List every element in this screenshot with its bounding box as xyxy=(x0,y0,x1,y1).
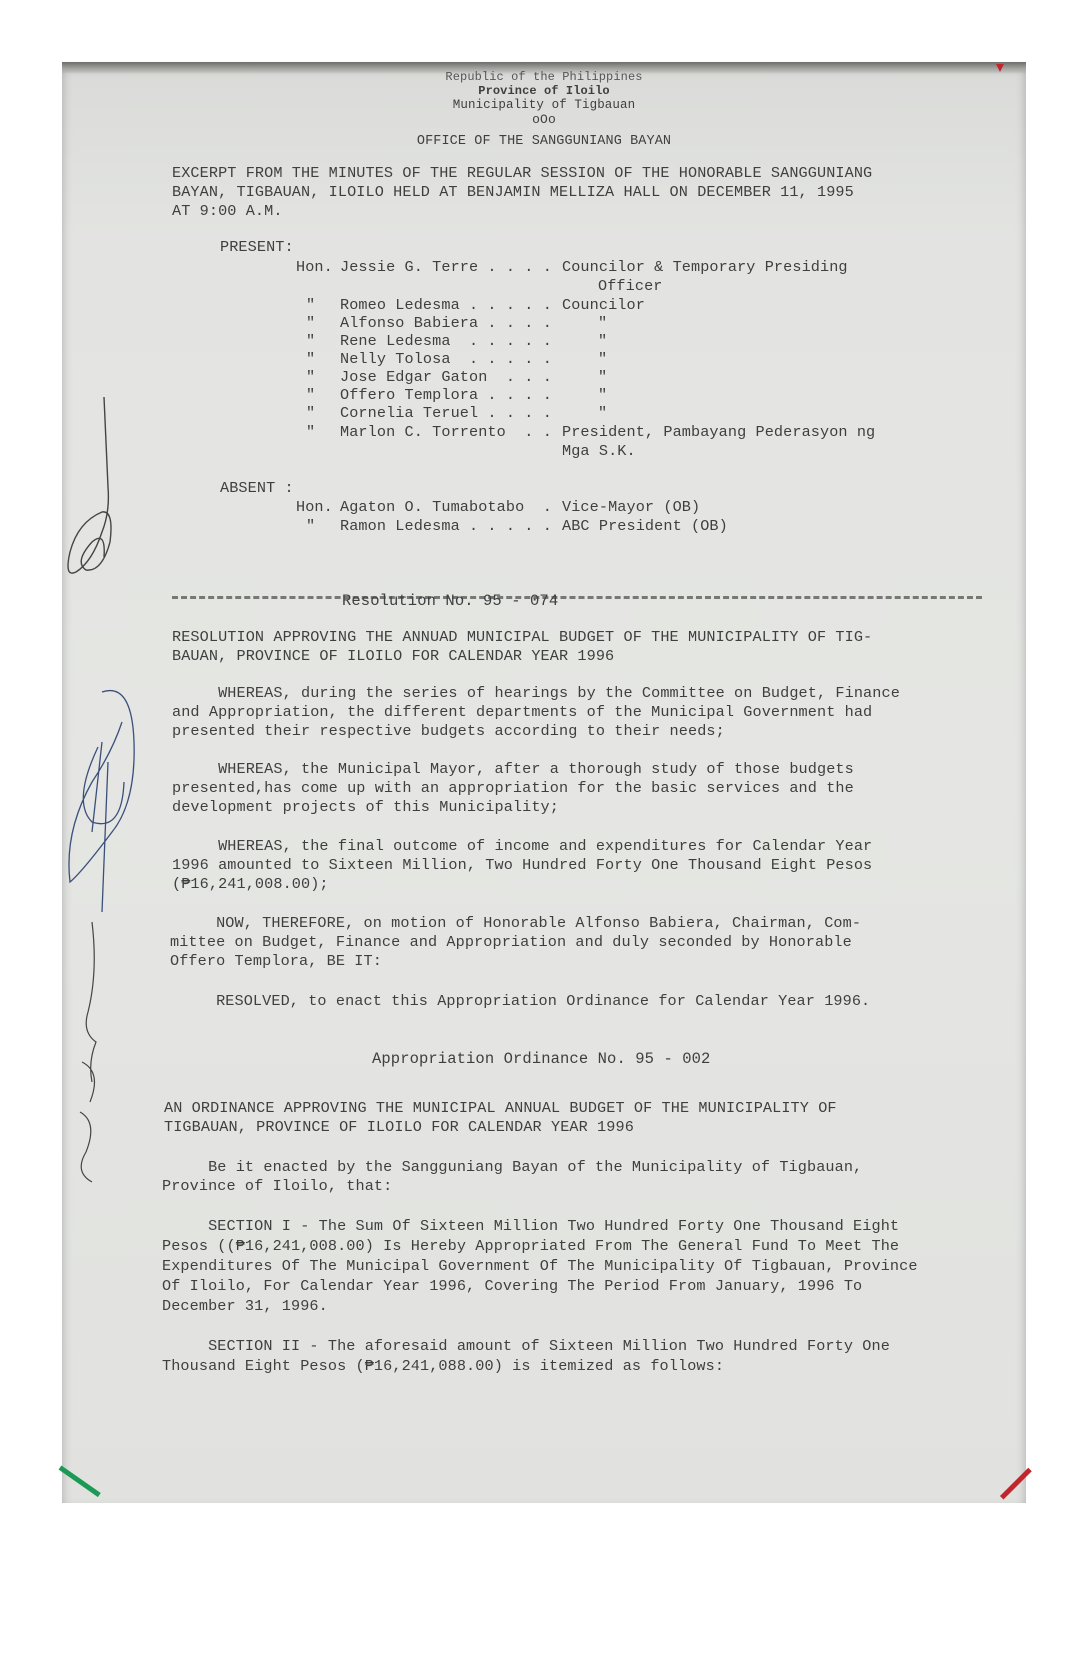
attendee-position: Councilor & Temporary Presiding xyxy=(562,258,848,278)
resolution-title-2: BAUAN, PROVINCE OF ILOILO FOR CALENDAR Y… xyxy=(172,647,614,667)
absentee-prefix: Hon. xyxy=(296,498,333,518)
whereas-1-line-2: and Appropriation, the different departm… xyxy=(172,703,872,723)
ditto-mark: " xyxy=(306,314,315,334)
section-2-line-2: Thousand Eight Pesos (₱16,241,088.00) is… xyxy=(162,1357,724,1377)
attendee-position: " xyxy=(598,332,607,352)
whereas-2-line-1: WHEREAS, the Municipal Mayor, after a th… xyxy=(172,760,854,780)
attendee-name: Marlon C. Torrento . . xyxy=(340,423,552,443)
absentee-name: Ramon Ledesma . . . . . xyxy=(340,517,552,537)
ditto-mark: " xyxy=(306,404,315,424)
absentee-position: Vice-Mayor (OB) xyxy=(562,498,700,518)
attendee-name: Jose Edgar Gaton . . . xyxy=(340,368,552,388)
attendee-name: Alfonso Babiera . . . . xyxy=(340,314,552,334)
whereas-2-line-3: development projects of this Municipalit… xyxy=(172,798,559,818)
whereas-3-line-2: 1996 amounted to Sixteen Million, Two Hu… xyxy=(172,856,872,876)
whereas-1-line-3: presented their respective budgets accor… xyxy=(172,722,725,742)
section-2-line-1: SECTION II - The aforesaid amount of Six… xyxy=(162,1337,890,1357)
whereas-1-line-1: WHEREAS, during the series of hearings b… xyxy=(172,684,900,704)
ditto-mark: " xyxy=(306,517,315,537)
attendee-position: " xyxy=(598,350,607,370)
resolution-number: Resolution No. 95 - 074 xyxy=(342,592,558,612)
whereas-3-line-3: (₱16,241,008.00); xyxy=(172,875,329,895)
excerpt-line-1: EXCERPT FROM THE MINUTES OF THE REGULAR … xyxy=(172,164,872,184)
signature-name-icon xyxy=(62,912,122,1192)
excerpt-line-2: BAYAN, TIGBAUAN, ILOILO HELD AT BENJAMIN… xyxy=(172,183,854,203)
header-office: OFFICE OF THE SANGGUNIANG BAYAN xyxy=(62,132,1026,152)
absentee-position: ABC President (OB) xyxy=(562,517,728,537)
enacted-line-2: Province of Iloilo, that: xyxy=(162,1177,392,1197)
excerpt-line-3: AT 9:00 A.M. xyxy=(172,202,283,222)
section-1-line-4: Of Iloilo, For Calendar Year 1996, Cover… xyxy=(162,1277,862,1297)
now-therefore-line-1: NOW, THEREFORE, on motion of Honorable A… xyxy=(170,914,861,934)
present-label: PRESENT: xyxy=(220,238,294,258)
ditto-mark: " xyxy=(306,368,315,388)
signature-initials-icon xyxy=(62,392,132,612)
attendee-position: " xyxy=(598,404,607,424)
ditto-mark: " xyxy=(306,332,315,352)
attendee-prefix: Hon. xyxy=(296,258,333,278)
attendee-name: Rene Ledesma . . . . . xyxy=(340,332,552,352)
red-corner-mark-bottom xyxy=(1000,1468,1032,1500)
section-1-line-5: December 31, 1996. xyxy=(162,1297,328,1317)
whereas-3-line-1: WHEREAS, the final outcome of income and… xyxy=(172,837,872,857)
section-1-line-1: SECTION I - The Sum Of Sixteen Million T… xyxy=(162,1217,899,1237)
ditto-mark: " xyxy=(306,386,315,406)
attendee-name: Nelly Tolosa . . . . . xyxy=(340,350,552,370)
attendee-position-cont: Officer xyxy=(598,277,663,297)
section-divider xyxy=(172,596,982,599)
attendee-name: Cornelia Teruel . . . . xyxy=(340,404,552,424)
green-corner-mark xyxy=(59,1465,101,1497)
attendee-position-cont: Mga S.K. xyxy=(562,442,636,462)
document-page: Republic of the Philippines Province of … xyxy=(62,62,1026,1503)
attendee-name: Jessie G. Terre . . . . xyxy=(340,258,552,278)
ordinance-title-2: TIGBAUAN, PROVINCE OF ILOILO FOR CALENDA… xyxy=(164,1118,634,1138)
ordinance-number: Appropriation Ordinance No. 95 - 002 xyxy=(372,1050,710,1070)
now-therefore-line-3: Offero Templora, BE IT: xyxy=(170,952,382,972)
attendee-position: President, Pambayang Pederasyon ng xyxy=(562,423,875,443)
now-therefore-line-2: mittee on Budget, Finance and Appropriat… xyxy=(170,933,852,953)
signature-flourish-icon xyxy=(62,682,142,912)
header-ornament: oOo xyxy=(62,110,1026,130)
ditto-mark: " xyxy=(306,350,315,370)
resolved-clause: RESOLVED, to enact this Appropriation Or… xyxy=(170,992,870,1012)
whereas-2-line-2: presented,has come up with an appropriat… xyxy=(172,779,854,799)
attendee-position: " xyxy=(598,386,607,406)
enacted-line-1: Be it enacted by the Sangguniang Bayan o… xyxy=(162,1158,862,1178)
resolution-title-1: RESOLUTION APPROVING THE ANNUAD MUNICIPA… xyxy=(172,628,872,648)
absentee-name: Agaton O. Tumabotabo . xyxy=(340,498,552,518)
section-1-line-2: Pesos ((₱16,241,008.00) Is Hereby Approp… xyxy=(162,1237,899,1257)
attendee-position: " xyxy=(598,368,607,388)
ditto-mark: " xyxy=(306,296,315,316)
attendee-position: " xyxy=(598,314,607,334)
attendee-name: Romeo Ledesma . . . . . xyxy=(340,296,552,316)
ditto-mark: " xyxy=(306,423,315,443)
ordinance-title-1: AN ORDINANCE APPROVING THE MUNICIPAL ANN… xyxy=(164,1099,837,1119)
attendee-position: Councilor xyxy=(562,296,645,316)
absent-label: ABSENT : xyxy=(220,479,294,499)
attendee-name: Offero Templora . . . . xyxy=(340,386,552,406)
section-1-line-3: Expenditures Of The Municipal Government… xyxy=(162,1257,918,1277)
